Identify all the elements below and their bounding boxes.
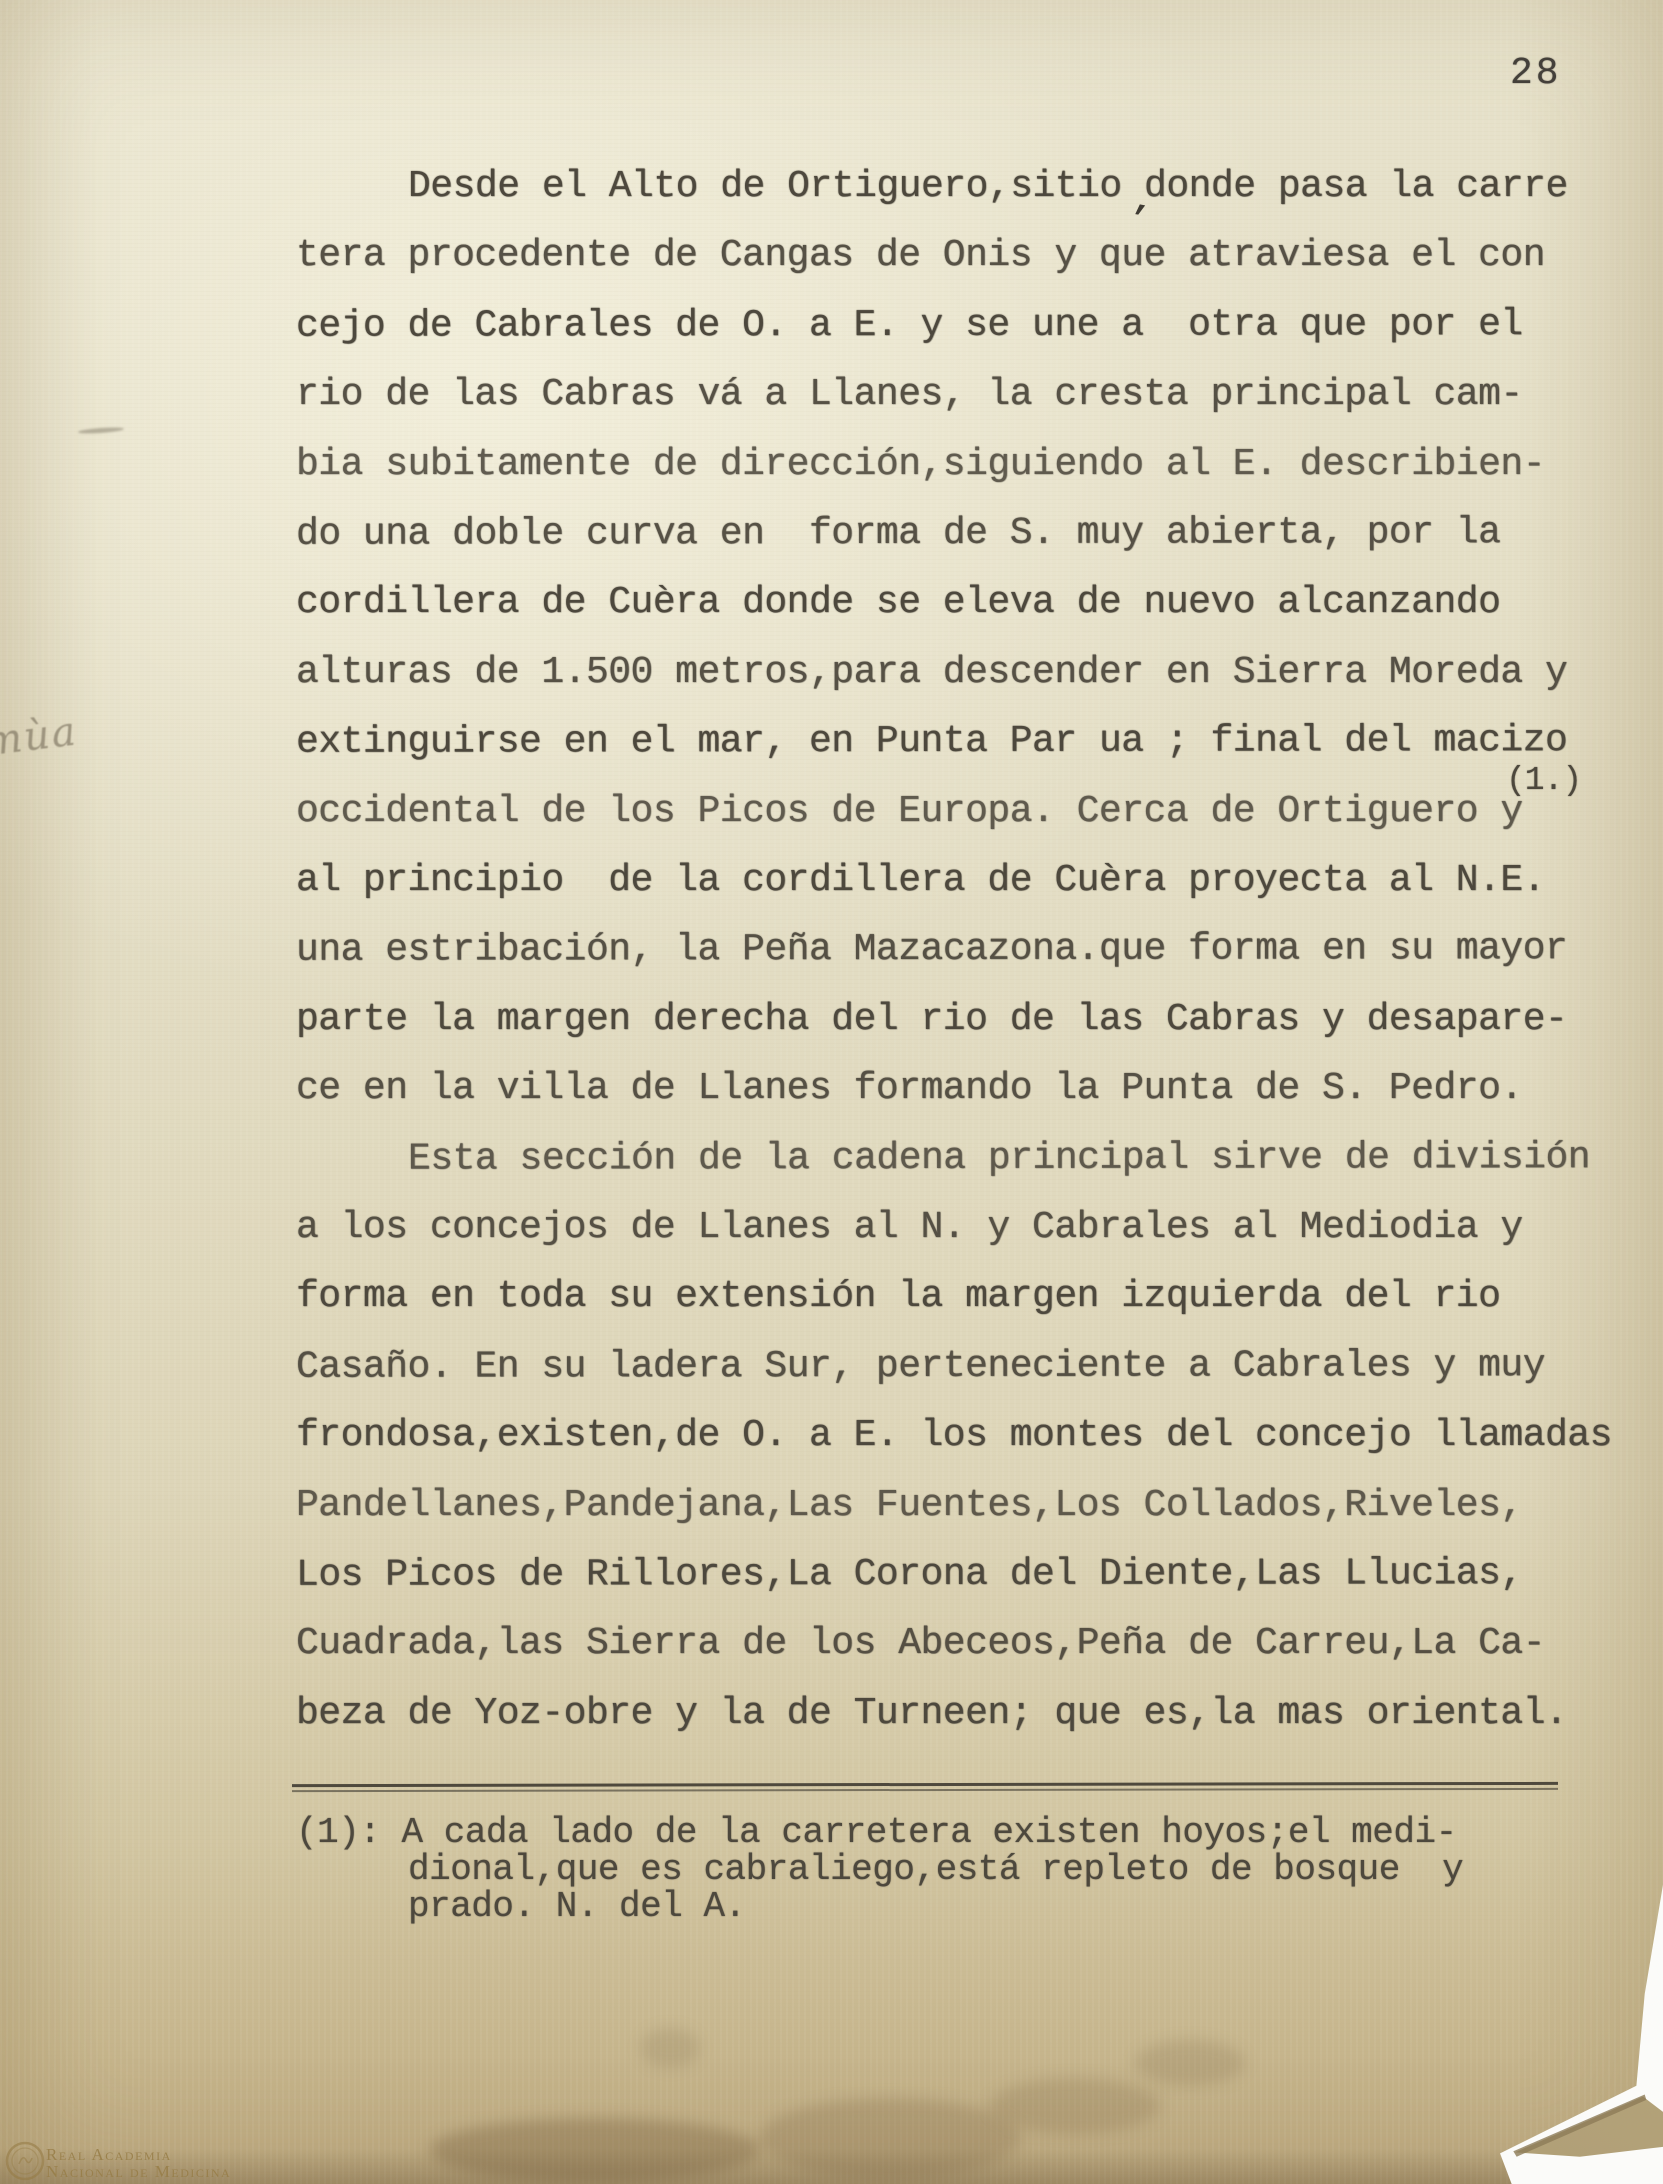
text-line: ce en la villa de Llanes formando la Pun… xyxy=(296,1067,1523,1111)
footnote-line: prado. N. del A. xyxy=(408,1886,746,1927)
text-line: Casaño. En su ladera Sur, perteneciente … xyxy=(296,1344,1545,1390)
text-line: do una doble curva en forma de S. muy ab… xyxy=(296,511,1500,556)
text-line: a los concejos de Llanes al N. y Cabrale… xyxy=(296,1206,1523,1250)
text-line: al principio de la cordillera de Cuèra p… xyxy=(296,859,1545,903)
footnote-line: dional,que es cabraliego,está repleto de… xyxy=(408,1849,1463,1890)
text-line: Los Picos de Rillores,La Corona del Dien… xyxy=(296,1552,1523,1597)
text-line: cordillera de Cuèra donde se eleva de nu… xyxy=(296,581,1500,625)
text-line: Desde el Alto de Ortiguero,sitio donde p… xyxy=(296,165,1568,209)
stamp-line-1: Real Academia xyxy=(46,2146,231,2163)
footnote-reference: (1.) xyxy=(1506,762,1581,799)
text-line: extinguirse en el mar, en Punta Par ua ;… xyxy=(296,719,1567,765)
academy-stamp-text: Real Academia Nacional de Medicina xyxy=(46,2146,231,2180)
text-line: una estribación, la Peña Mazacazona.que … xyxy=(296,927,1567,973)
text-line: Pandellanes,Pandejana,Las Fuentes,Los Co… xyxy=(296,1484,1523,1528)
text-line: alturas de 1.500 metros,para descender e… xyxy=(296,651,1567,695)
page-number: 28 xyxy=(1510,52,1562,95)
text-line: rio de las Cabras vá a Llanes, la cresta… xyxy=(296,373,1523,417)
text-line: frondosa,existen,de O. a E. los montes d… xyxy=(296,1414,1612,1458)
text-line: parte la margen derecha del rio de las C… xyxy=(296,998,1567,1042)
academy-seal-icon xyxy=(4,2138,46,2184)
footnote-line: (1): A cada lado de la carretera existen… xyxy=(296,1812,1457,1853)
text-line: beza de Yoz-obre y la de Turneen; que es… xyxy=(296,1692,1567,1736)
text-line: tera procedente de Cangas de Onis y que … xyxy=(296,234,1545,278)
stamp-line-2: Nacional de Medicina xyxy=(46,2163,231,2180)
text-line: cejo de Cabrales de O. a E. y se une a o… xyxy=(296,303,1523,348)
text-line: Esta sección de la cadena principal sirv… xyxy=(296,1136,1590,1182)
scanned-document-page: 28 Desde el Alto de Ortiguero,sitio dond… xyxy=(0,0,1663,2184)
text-line: bia subitamente de dirección,siguiendo a… xyxy=(296,443,1545,487)
text-line: forma en toda su extensión la margen izq… xyxy=(296,1275,1500,1319)
text-line: occidental de los Picos de Europa. Cerca… xyxy=(296,790,1523,834)
text-line: Cuadrada,las Sierra de los Abeceos,Peña … xyxy=(296,1622,1545,1666)
